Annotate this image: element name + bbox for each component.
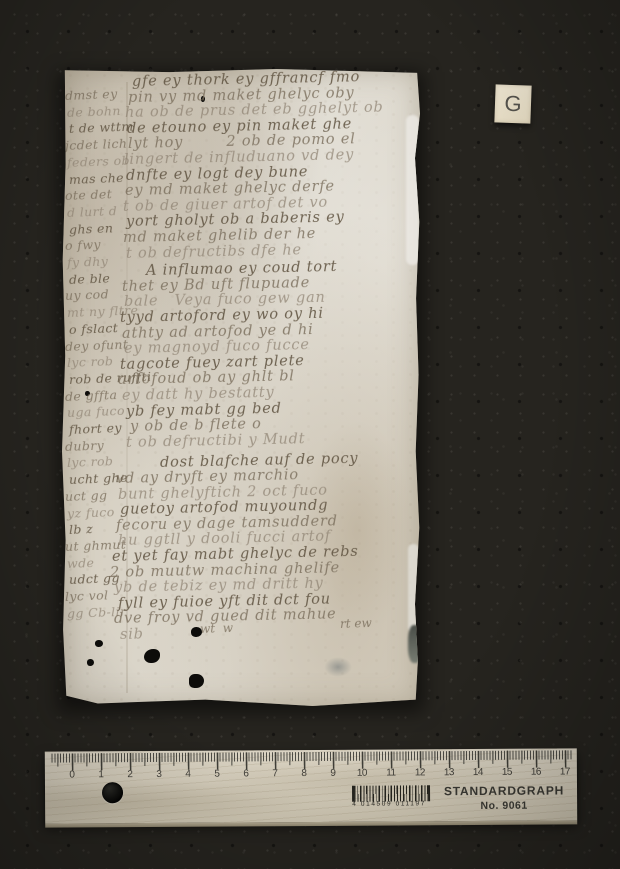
- photo-vignette: [0, 0, 620, 869]
- photograph: dmst eyde bohnt de wttmjcdet lichfeders …: [0, 0, 620, 869]
